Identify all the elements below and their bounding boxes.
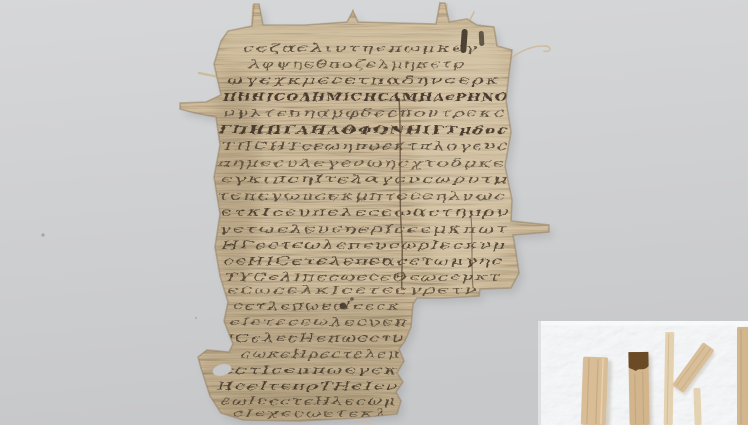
script-line: ΤΠϹΗΤϲϵωηπυϵκτπλογϵνϲ [221, 138, 508, 152]
dust-speck [41, 233, 44, 236]
strip-b-dark-stain [628, 352, 648, 371]
greek-script-upper-block: ϲϵζαϵλιυτηϵπωμκϵγ λφψηϵθποζϵλμηκϵτρ ωγϵχ… [215, 40, 510, 296]
script-line: ϵΙϲτϵϲϵωλϵϲυϵπ [228, 315, 408, 328]
script-line: ϵτκΙϲϵυπϵλϵϲϵωαϲτημρν [220, 204, 510, 218]
script-line: νγλτϵπηαμφδϵϲποντρϵκϲ [222, 105, 505, 119]
strip-e [693, 388, 701, 425]
script-line: πημϵϲυλϵγϵνωηϲχτοδμκϵ [215, 155, 505, 169]
strip-f [737, 327, 748, 425]
script-line: ϲϵΗΙϹϵτϵλϵπϵαϲϵτωμγηϲ [222, 253, 503, 267]
dark-ink-blob-2 [479, 31, 485, 46]
script-line: ΤΥϹϵλΙπϵϲωϵϲϵΘϵωϲϵμκτ [224, 269, 500, 283]
dark-spot-2 [350, 297, 354, 301]
script-line: ϲϵζαϵλιυτηϵπωμκϵγ [242, 40, 478, 54]
tissue-left-edge [538, 321, 541, 425]
script-line: γϵτωϵλϵυϲηϵρΙϲϵϵμκπωτ [218, 221, 508, 235]
greek-script-lower-block: ϲϵτλϵπωϵϲΙϲϵϲκ ϵΙϲτϵϲϵωλϵϲυϵπ ΙϹϵλϵϲΗϵπω… [214, 299, 408, 419]
tissue-top-edge-highlight [538, 321, 748, 326]
strip-a [581, 357, 612, 425]
script-line: ΙϹϵλϵϲΗϵπωϵϲτν [224, 331, 404, 344]
script-line: ϲϵτλϵπωϵϲΙϲϵϲκ [232, 299, 400, 312]
photo-canvas: ϲϵζαϵλιυτηϵπωμκϵγ λφψηϵθποζϵλμηκϵτρ ωγϵχ… [0, 0, 748, 425]
script-line: ΗϲϵΙτϵπρΤΗϵΙϵν [214, 379, 398, 392]
script-line: ΠΗΗΙϹΟΛΗΜΙϹΗϹΛΜΗΔϵΡΗΝΟ [221, 89, 508, 103]
script-line: ωγϵχκμϵϲϵτπαδηνϲϵρκ [226, 72, 500, 86]
script-line: ϵϲωϲϵλκΙϲϵτϵϲγρϵτν [226, 283, 478, 296]
strip-b [628, 352, 652, 425]
script-line: ϵγκιπϲηΙτϵλαγϵνϲωρυτμ [220, 171, 508, 185]
strip-e-body [693, 388, 701, 425]
script-line: τϵπϵγωυϲϵκμπτϵϲϵηλνωϲ [217, 188, 506, 202]
dark-spot-1 [340, 303, 347, 310]
papyrus-photograph: ϲϵζαϵλιυτηϵπωμκϵγ λφψηϵθποζϵλμηκϵτρ ωγϵχ… [0, 0, 748, 425]
script-line: ϲωκϵΗρϵϲτϵλϵμ [240, 347, 400, 360]
script-line: ϵϲτΙϲϵππωϵγϵκ [222, 363, 398, 376]
dust-speck-small [195, 317, 197, 319]
script-line: ϵωΙϲϵϲτϵΗλϵϲωμ [220, 394, 396, 407]
strip-c [664, 332, 675, 425]
script-line: ΗΓϵϲτϵωλϵπϵυϲωρΙϵϲκνμ [219, 237, 506, 251]
script-line: ΓΠΗΠΓΑΗΑΘΦΩΝΗΙΓΤμδοϲ [217, 122, 508, 136]
strip-f-body [737, 327, 748, 425]
strip-a-body [581, 357, 608, 425]
script-line: λφψηϵθποζϵλμηκϵτρ [246, 56, 465, 70]
